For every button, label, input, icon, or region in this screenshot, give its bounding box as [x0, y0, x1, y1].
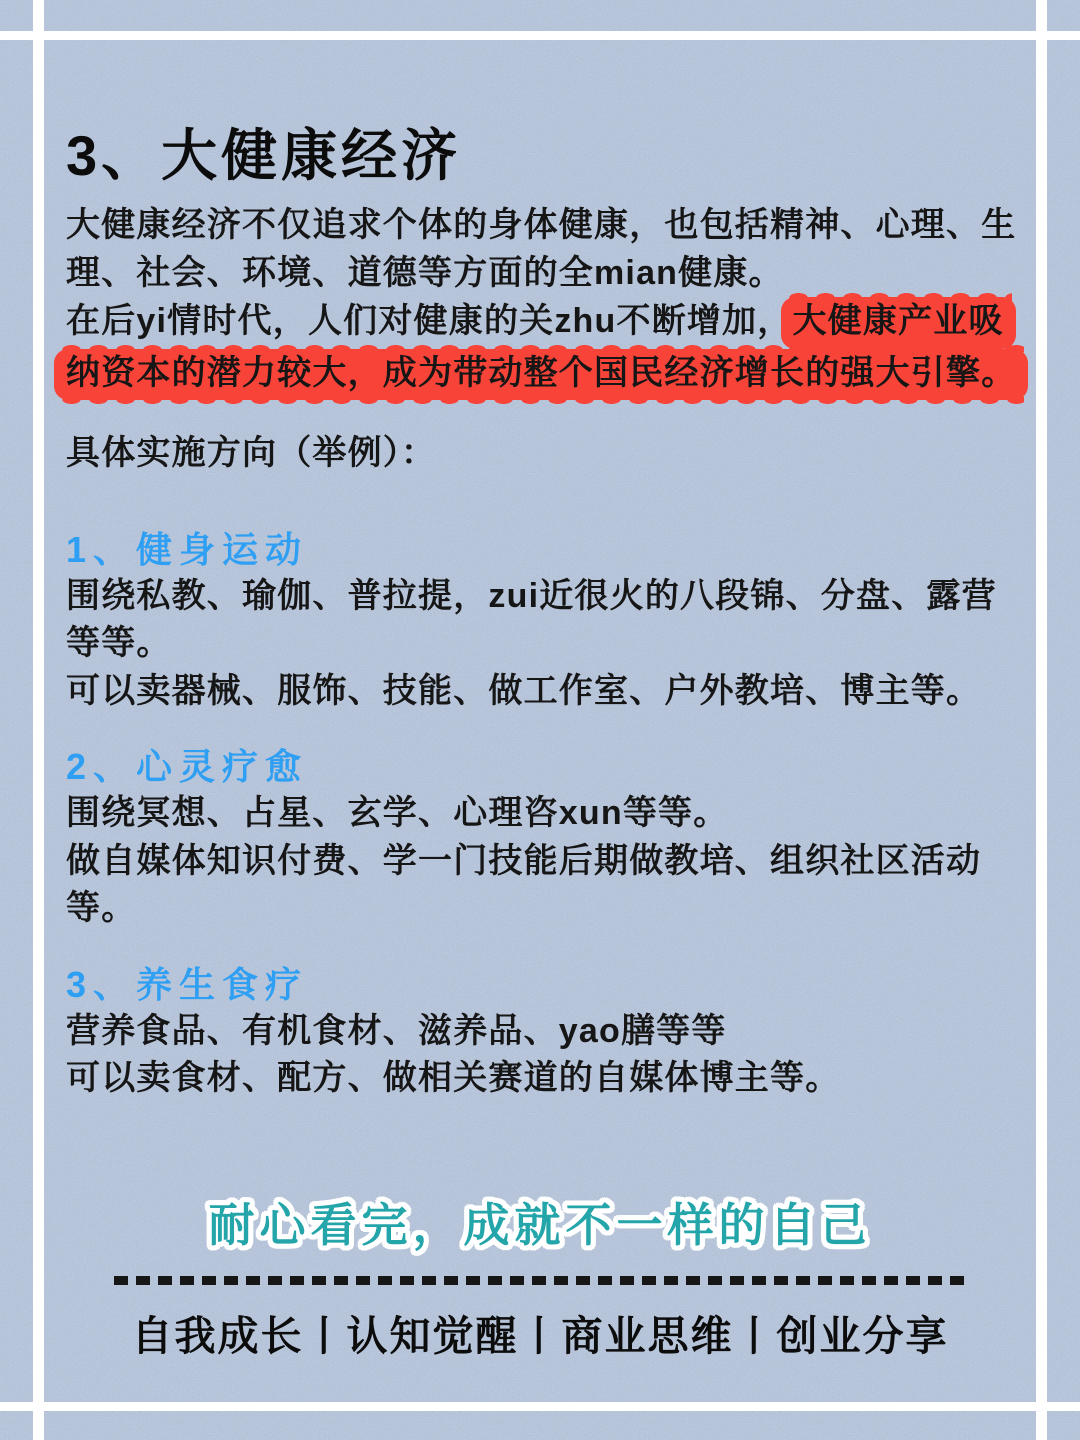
body-line: 可以卖器械、服饰、技能、做工作室、户外教培、博主等。 — [66, 668, 1014, 716]
page-title: 3、大健康经济 — [66, 122, 1014, 190]
intro-paragraph: 大健康经济不仅追求个体的身体健康，也包括精神、心理、生 理、社会、环境、道德等方… — [66, 202, 1014, 400]
frame-line-top — [0, 31, 1080, 40]
body-line: 围绕冥想、占星、玄学、心理咨xun等等。 — [66, 790, 1014, 838]
frame-line-left — [33, 0, 44, 1440]
highlighted-text: 纳资本的潜力较大，成为带动整个国民经济增长的强大引擎。 — [54, 349, 1028, 401]
body-line: 做自媒体知识付费、学一门技能后期做教培、组织社区活动 — [66, 838, 1014, 886]
frame-line-bottom — [0, 1402, 1080, 1411]
section-mental-healing: 2、心灵疗愈 围绕冥想、占星、玄学、心理咨xun等等。 做自媒体知识付费、学一门… — [66, 743, 1014, 933]
section-diet-therapy: 3、养生食疗 营养食品、有机食材、滋养品、yao膳等等 可以卖食材、配方、做相关… — [66, 961, 1014, 1103]
content-area: 3、大健康经济 大健康经济不仅追求个体的身体健康，也包括精神、心理、生 理、社会… — [66, 122, 1014, 1361]
section-fitness: 1、健身运动 围绕私教、瑜伽、普拉提，zui近很火的八段锦、分盘、露营 等等。 … — [66, 526, 1014, 716]
section-heading: 1、健身运动 — [66, 526, 1014, 573]
body-line: 营养食品、有机食材、滋养品、yao膳等等 — [66, 1008, 1014, 1056]
section-heading: 2、心灵疗愈 — [66, 743, 1014, 790]
intro-line: 纳资本的潜力较大，成为带动整个国民经济增长的强大引擎。 — [66, 349, 1014, 401]
body-line: 可以卖食材、配方、做相关赛道的自媒体博主等。 — [66, 1055, 1014, 1103]
footer-tags: 自我成长丨认知觉醒丨商业思维丨创业分享 — [66, 1311, 1014, 1361]
section-heading: 3、养生食疗 — [66, 961, 1014, 1008]
poster-page: 3、大健康经济 大健康经济不仅追求个体的身体健康，也包括精神、心理、生 理、社会… — [0, 0, 1080, 1440]
intro-line: 大健康经济不仅追求个体的身体健康，也包括精神、心理、生 — [66, 202, 1014, 250]
footer-slogan: 耐心看完，成就不一样的自己 — [66, 1196, 1014, 1254]
intro-line: 在后yi情时代，人们对健康的关zhu不断增加，大健康产业吸 — [66, 297, 1014, 349]
intro-line: 理、社会、环境、道德等方面的全mian健康。 — [66, 250, 1014, 298]
section-label: 具体实施方向（举例）： — [66, 430, 1014, 478]
body-line: 围绕私教、瑜伽、普拉提，zui近很火的八段锦、分盘、露营 — [66, 573, 1014, 621]
intro-line-text: 在后yi情时代，人们对健康的关zhu不断增加， — [66, 302, 793, 340]
highlighted-text: 大健康产业吸 — [781, 297, 1016, 349]
frame-line-right — [1036, 0, 1047, 1440]
dashed-divider — [114, 1276, 966, 1285]
body-line: 等等。 — [66, 620, 1014, 668]
body-line: 等。 — [66, 885, 1014, 933]
